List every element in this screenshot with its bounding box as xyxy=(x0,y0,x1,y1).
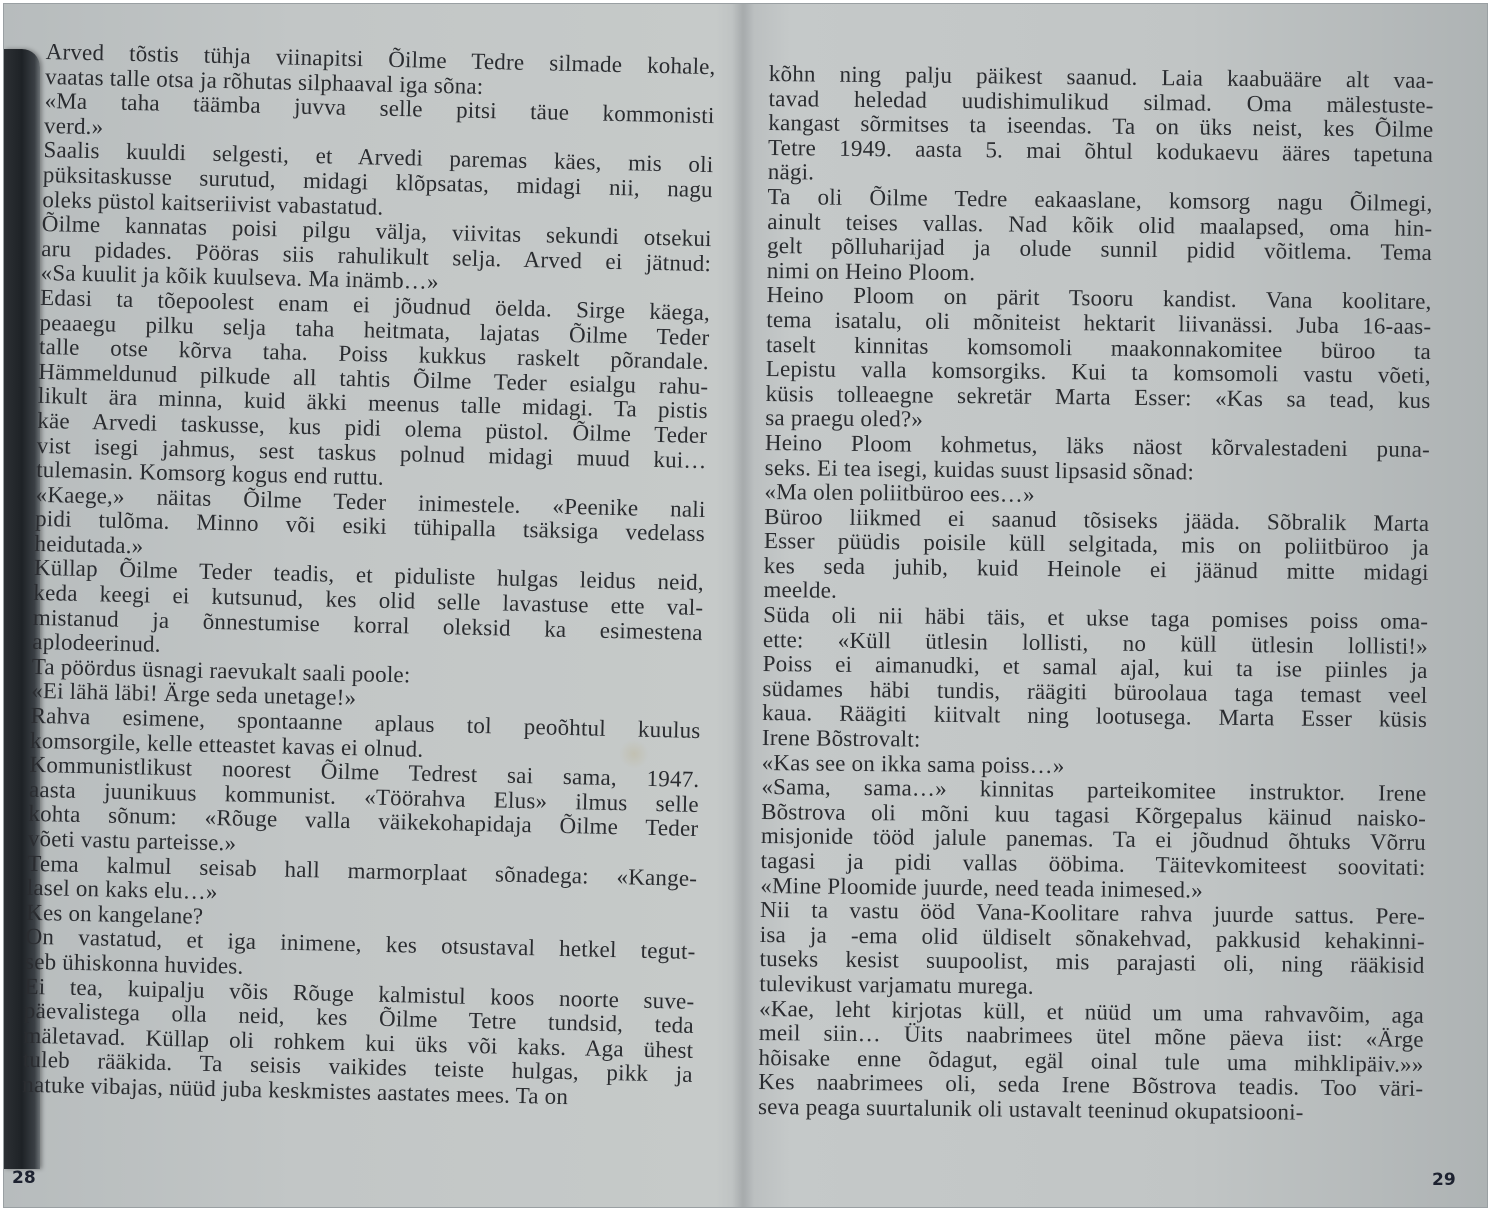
left-page-text: Arved tõstis tühja viinapitsi Õilme Tedr… xyxy=(22,40,716,1112)
book-gutter xyxy=(732,4,754,1207)
page-number-left: 28 xyxy=(12,1168,36,1188)
book-photo: Arved tõstis tühja viinapitsi Õilme Tedr… xyxy=(3,3,1488,1208)
page-number-right: 29 xyxy=(1432,1170,1456,1190)
right-page-text: kõhn ning palju päikest saanud. Laia kaa… xyxy=(758,62,1434,1126)
